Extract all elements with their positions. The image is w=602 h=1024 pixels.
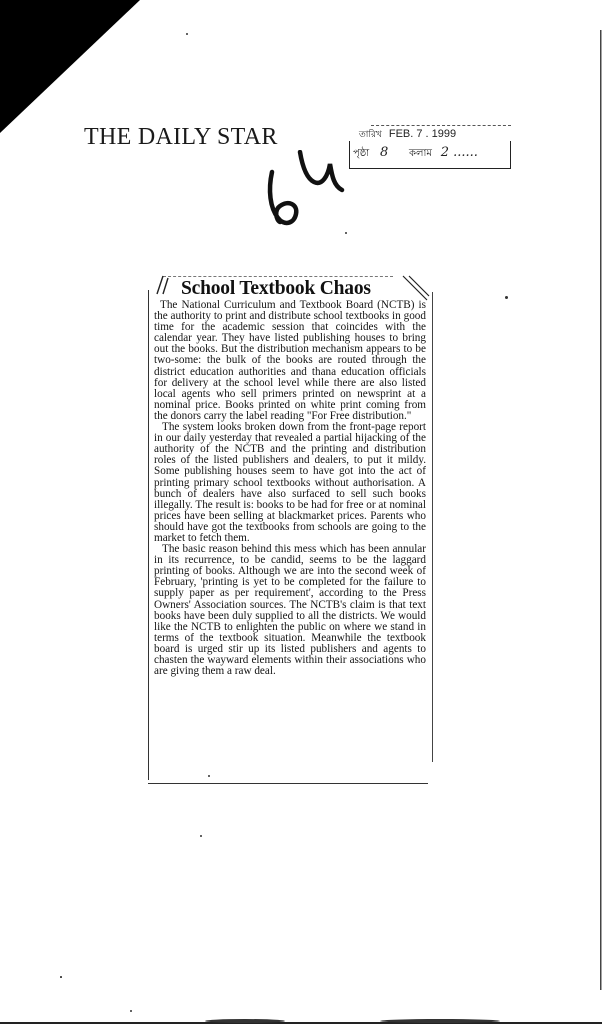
newspaper-masthead: THE DAILY STAR bbox=[84, 124, 278, 151]
article-paragraph-3: The basic reason behind this mess which … bbox=[154, 544, 426, 677]
scan-right-edge bbox=[598, 0, 602, 1024]
scan-speck bbox=[345, 232, 347, 234]
article-paragraph-2: The system looks broken down from the fr… bbox=[154, 422, 426, 544]
article-body: The National Curriculum and Textbook Boa… bbox=[154, 300, 426, 677]
article-headline: School Textbook Chaos bbox=[181, 278, 421, 300]
stamp-column-value: 2 ...... bbox=[441, 145, 478, 160]
scan-speck bbox=[505, 296, 508, 299]
stamp-date-value: FEB. 7 . 1999 bbox=[389, 128, 456, 140]
stamp-date-label: তারিখ bbox=[359, 129, 382, 139]
stamp-page-row: পৃষ্ঠা 8 কলাম 2 ...... bbox=[353, 145, 478, 163]
stamp-page-value: 8 bbox=[380, 145, 388, 160]
clipping-cut-mark-left bbox=[155, 274, 171, 296]
clipping-top-edge bbox=[163, 276, 393, 277]
scan-bottom-edge bbox=[0, 1018, 602, 1024]
scan-speck bbox=[186, 33, 188, 35]
stamp-top-rule bbox=[371, 125, 511, 126]
article-clipping: School Textbook Chaos The National Curri… bbox=[151, 272, 429, 784]
stamp-column-label: কলাম bbox=[409, 148, 432, 159]
clipping-right-edge bbox=[432, 292, 433, 762]
clipping-bottom-edge bbox=[148, 783, 428, 784]
scan-speck bbox=[60, 976, 62, 978]
stamp-date-row: তারিখ FEB. 7 . 1999 bbox=[359, 127, 456, 142]
stamp-page-label: পৃষ্ঠা bbox=[353, 148, 369, 159]
archive-date-stamp: তারিখ FEB. 7 . 1999 পৃষ্ঠা 8 কলাম 2 ....… bbox=[349, 127, 511, 177]
clipping-left-edge bbox=[148, 290, 149, 780]
scan-speck bbox=[200, 835, 202, 837]
article-paragraph-1: The National Curriculum and Textbook Boa… bbox=[154, 300, 426, 422]
handwritten-number-64: 64 bbox=[250, 150, 350, 240]
scan-speck bbox=[130, 1010, 132, 1012]
scan-speck bbox=[208, 775, 210, 777]
